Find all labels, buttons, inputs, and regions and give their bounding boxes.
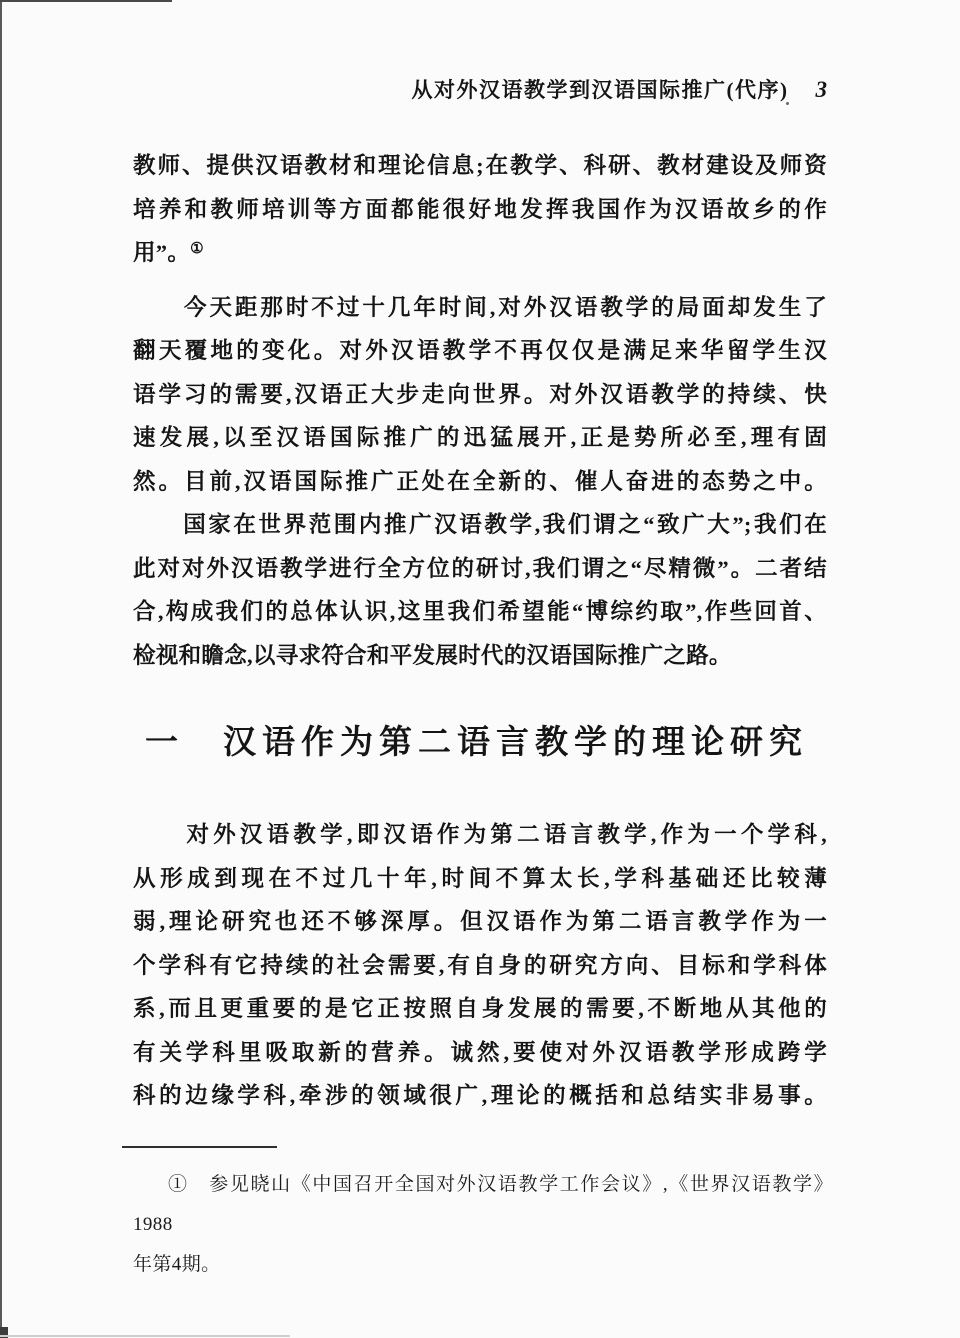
footnote-text: ① 参见晓山《中国召开全国对外汉语教学工作会议》,《世界汉语教学》1988年第4… (122, 1165, 833, 1285)
page-edge-bottom-line (0, 1335, 290, 1337)
text-line: 翻天覆地的变化。对外汉语教学不再仅仅是满足来华留学生汉 (133, 329, 827, 373)
text-line: 然。目前,汉语国际推广正处在全新的、催人奋进的态势之中。 (133, 460, 827, 504)
footnote-reference-mark: ① (190, 241, 203, 257)
running-header-title: 从对外汉语教学到汉语国际推广(代序) (412, 74, 789, 104)
text-line: 培养和教师培训等方面都能很好地发挥我国作为汉语故乡的作 (133, 188, 827, 232)
paragraph-2: 今天距那时不过十几年时间,对外汉语教学的局面却发生了翻天覆地的变化。对外汉语教学… (133, 286, 827, 504)
page-number: 3 (816, 77, 828, 103)
text-line: 检视和瞻念,以寻求符合和平发展时代的汉语国际推广之路。 (133, 634, 827, 678)
text-line: 今天距那时不过十几年时间,对外汉语教学的局面却发生了 (133, 286, 827, 330)
page-edge-top-line (0, 0, 172, 2)
text-line: 用”。① (133, 231, 827, 275)
text-line: 教师、提供汉语教材和理论信息;在教学、科研、教材建设及师资 (133, 144, 827, 188)
text-line: 国家在世界范围内推广汉语教学,我们谓之“致广大”;我们在 (133, 503, 827, 547)
text-line: 对外汉语教学,即汉语作为第二语言教学,作为一个学科, (133, 813, 827, 857)
text-line: 年第4期。 (133, 1245, 833, 1285)
scanned-book-page: 从对外汉语教学到汉语国际推广(代序) 3 教师、提供汉语教材和理论信息;在教学、… (0, 0, 960, 1338)
text-line: 合,构成我们的总体认识,这里我们希望能“博综约取”,作些回首、 (133, 590, 827, 634)
text-line: 弱,理论研究也还不够深厚。但汉语作为第二语言教学作为一 (133, 900, 827, 944)
page-edge-left-line (0, 0, 2, 1338)
paragraph-3: 国家在世界范围内推广汉语教学,我们谓之“致广大”;我们在此对对外汉语教学进行全方… (133, 503, 827, 677)
text-line: 有关学科里吸取新的营养。诚然,要使对外汉语教学形成跨学 (133, 1031, 827, 1075)
footnote: ① 参见晓山《中国召开全国对外汉语教学工作会议》,《世界汉语教学》1988年第4… (122, 1146, 833, 1285)
text-line: 科的边缘学科,牵涉的领域很广,理论的概括和总结实非易事。 (133, 1074, 827, 1118)
text-line: 从形成到现在不过几十年,时间不算太长,学科基础还比较薄 (133, 857, 827, 901)
text-line: 个学科有它持续的社会需要,有自身的研究方向、目标和学科体 (133, 944, 827, 988)
text-line: 语学习的需要,汉语正大步走向世界。对外汉语教学的持续、快 (133, 373, 827, 417)
text-line: ① 参见晓山《中国召开全国对外汉语教学工作会议》,《世界汉语教学》1988 (133, 1165, 833, 1245)
text-line: 此对对外汉语教学进行全方位的研讨,我们谓之“尽精微”。二者结 (133, 547, 827, 591)
body-text-column: 教师、提供汉语教材和理论信息;在教学、科研、教材建设及师资培养和教师培训等方面都… (133, 144, 827, 1118)
paragraph-1: 教师、提供汉语教材和理论信息;在教学、科研、教材建设及师资培养和教师培训等方面都… (133, 144, 827, 275)
running-header: 从对外汉语教学到汉语国际推广(代序) 3 (412, 74, 828, 104)
text-line: 速发展,以至汉语国际推广的迅猛展开,正是势所必至,理有固 (133, 416, 827, 460)
paragraph-4: 对外汉语教学,即汉语作为第二语言教学,作为一个学科,从形成到现在不过几十年,时间… (133, 813, 827, 1118)
section-heading: 一 汉语作为第二语言教学的理论研究 (145, 719, 827, 767)
footnote-separator-rule (122, 1146, 277, 1148)
text-line: 系,而且更重要的是它正按照自身发展的需要,不断地从其他的 (133, 987, 827, 1031)
